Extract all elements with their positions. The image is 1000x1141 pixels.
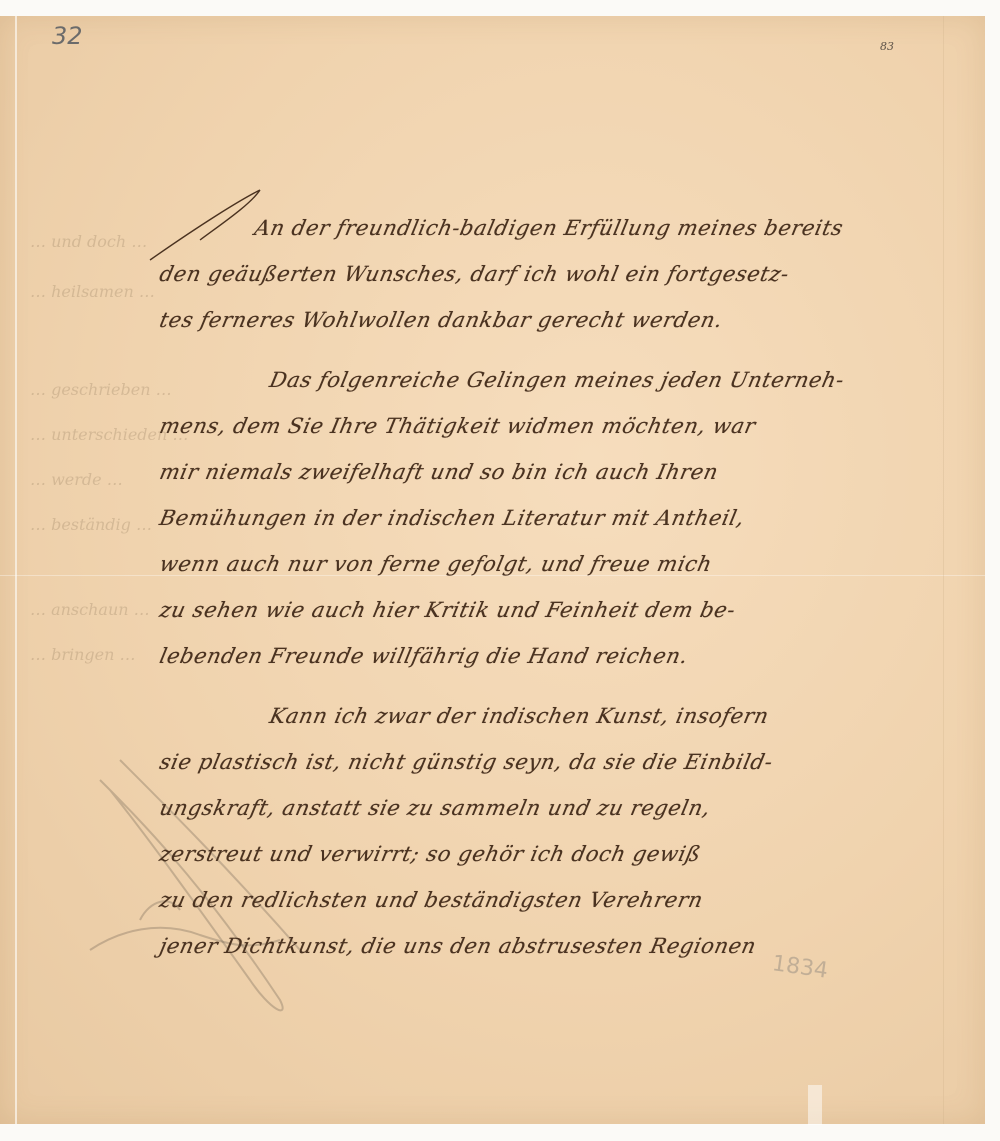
letter-line: ungskraft, anstatt sie zu sammeln und zu… (155, 785, 995, 831)
letter-line: mens, dem Sie Ihre Thätigkeit widmen möc… (155, 403, 995, 449)
letter-line: An der freundlich-baldigen Erfüllung mei… (155, 205, 995, 251)
letter-line: tes ferneres Wohlwollen dankbar gerecht … (155, 297, 995, 343)
bleed-through-text: … anschaun … (30, 600, 150, 619)
letter-line: mir niemals zweifelhaft und so bin ich a… (155, 449, 995, 495)
folio-number-ink: 83 (880, 40, 894, 53)
folio-number-pencil: 32 (52, 22, 83, 50)
letter-line: lebenden Freunde willfährig die Hand rei… (155, 633, 995, 679)
letter-line: sie plastisch ist, nicht günstig seyn, d… (155, 739, 995, 785)
letter-line: zerstreut und verwirrt; so gehör ich doc… (155, 831, 995, 877)
letter-line: zu sehen wie auch hier Kritik und Feinhe… (155, 587, 995, 633)
tape-mark (808, 1085, 822, 1125)
letter-body: An der freundlich-baldigen Erfüllung mei… (160, 205, 990, 969)
letter-line: den geäußerten Wunsches, darf ich wohl e… (155, 251, 995, 297)
bleed-through-text: … und doch … (30, 232, 147, 251)
letter-line: jener Dichtkunst, die uns den abstrusest… (155, 923, 995, 969)
letter-line: zu den redlichsten und beständigsten Ver… (155, 877, 995, 923)
bleed-through-text: … heilsamen … (30, 282, 155, 301)
page-fold-left (15, 16, 17, 1124)
letter-line: Das folgenreiche Gelingen meines jeden U… (155, 357, 995, 403)
letter-line: wenn auch nur von ferne gefolgt, und fre… (155, 541, 995, 587)
letter-line: Bemühungen in der indischen Literatur mi… (155, 495, 995, 541)
bleed-through-text: … bringen … (30, 645, 136, 664)
letter-line: Kann ich zwar der indischen Kunst, insof… (155, 693, 995, 739)
bleed-through-text: … werde … (30, 470, 123, 489)
bleed-through-text: … geschrieben … (30, 380, 172, 399)
bleed-through-text: … beständig … (30, 515, 152, 534)
